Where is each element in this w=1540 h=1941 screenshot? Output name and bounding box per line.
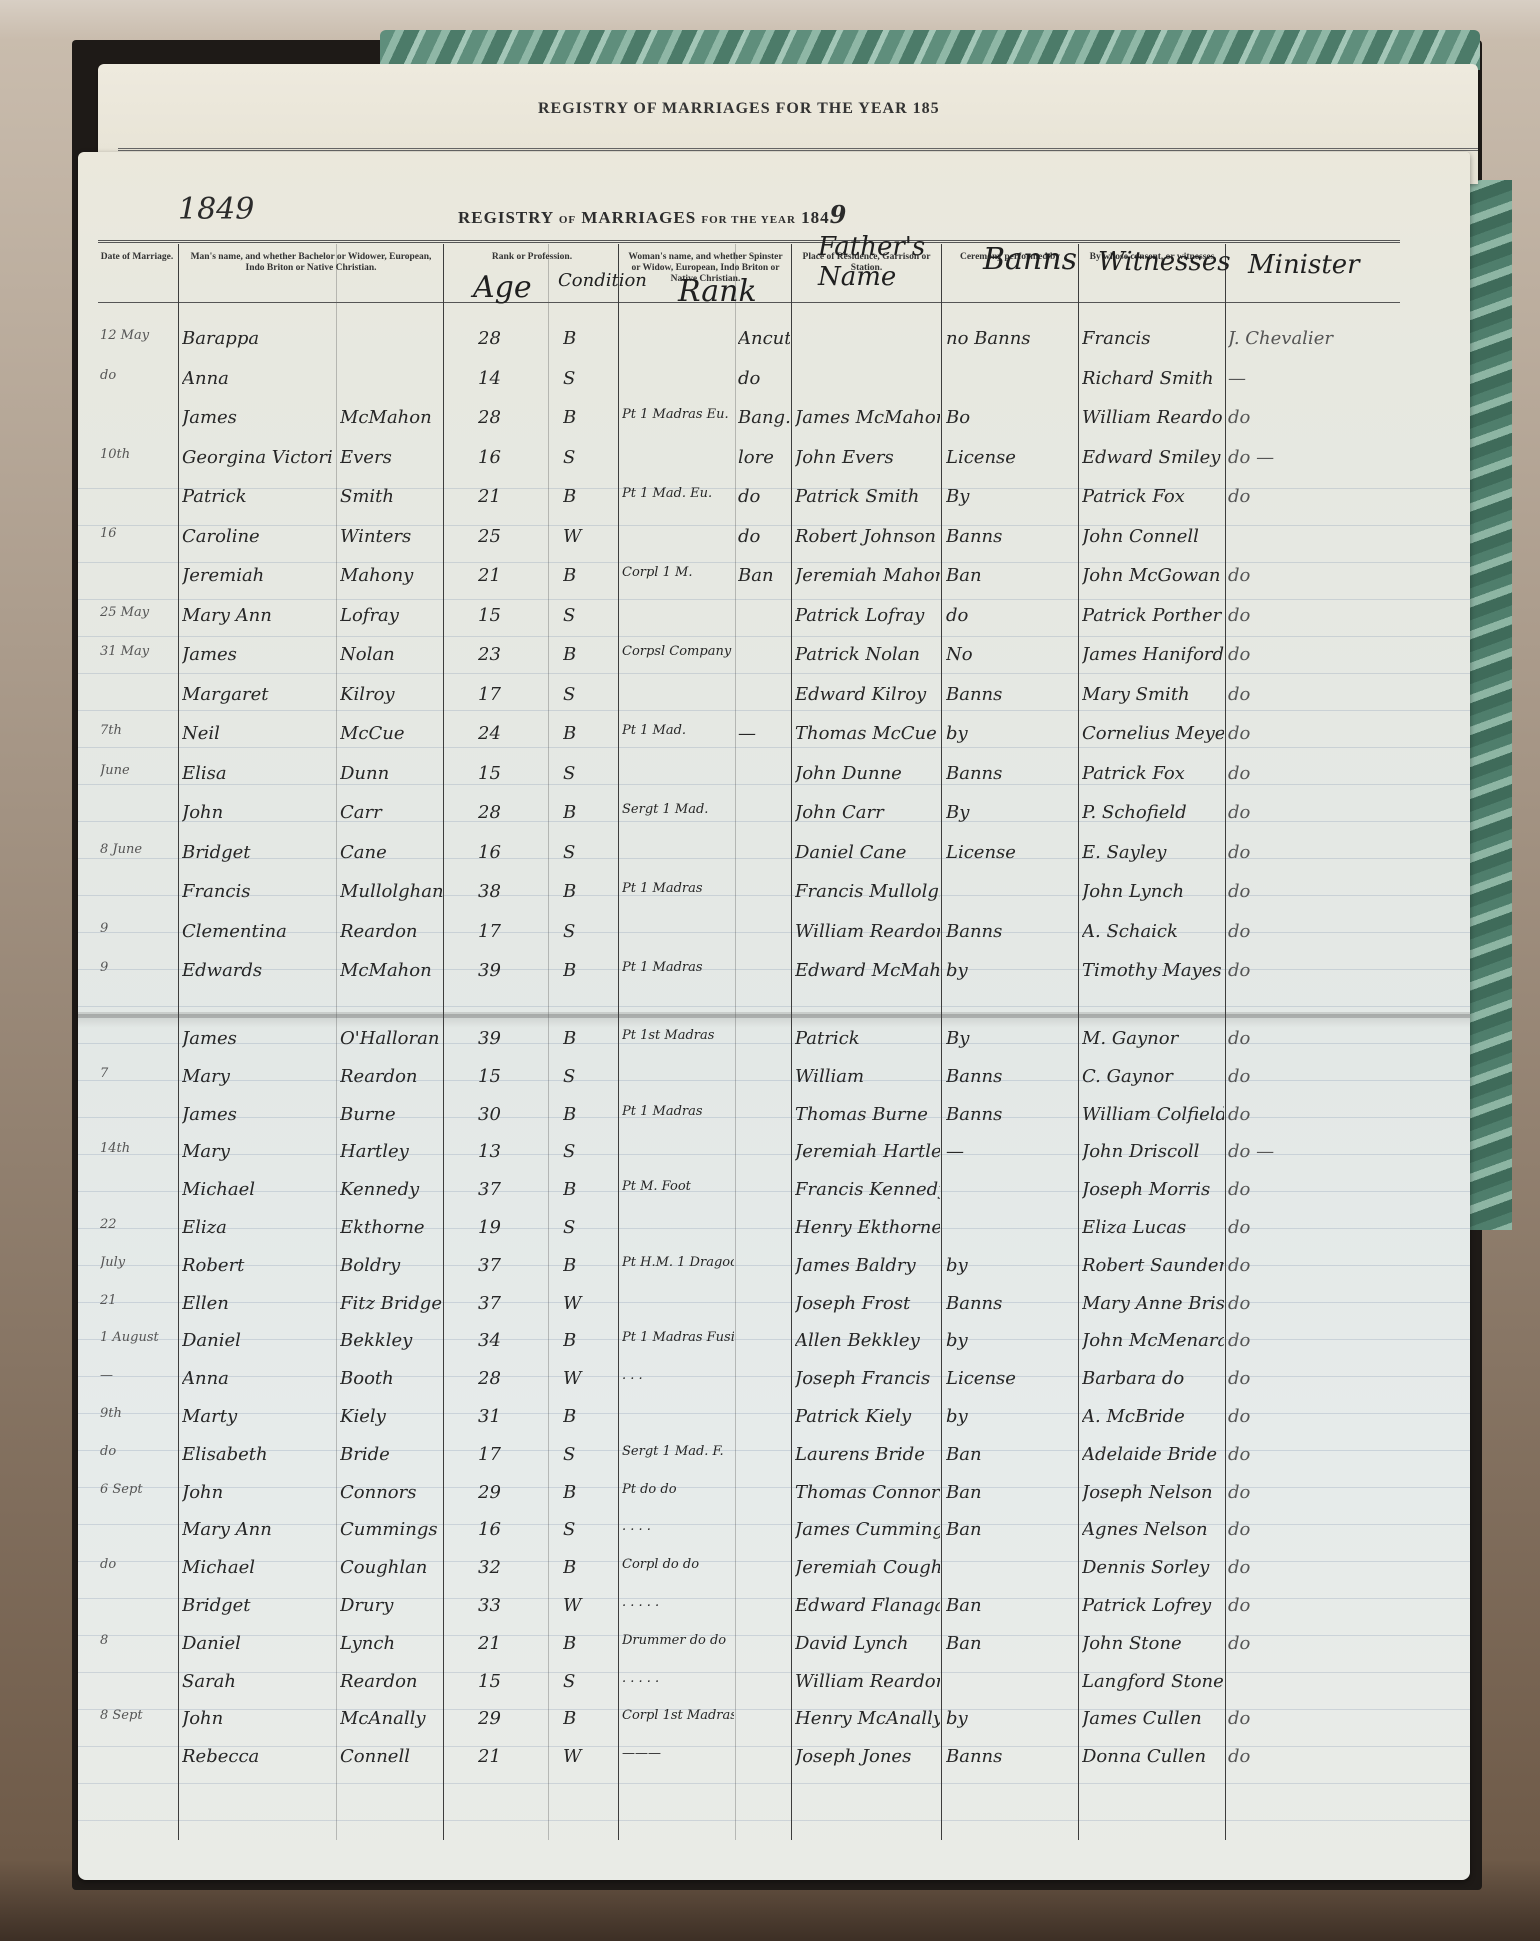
fathers-name: Jeremiah Mahony xyxy=(795,565,940,586)
fathers-name: Patrick Lofray xyxy=(795,605,940,626)
minister: do — xyxy=(1228,1141,1378,1162)
man-or-woman-first-name: Patrick xyxy=(182,486,332,507)
age: 39 xyxy=(478,1028,538,1049)
minister: do xyxy=(1228,644,1378,665)
table-row: JamesMcMahon28BPt 1 Madras Eu.Bang.James… xyxy=(78,401,1470,437)
witness: James Haniford xyxy=(1082,644,1224,665)
age: 32 xyxy=(478,1557,538,1578)
condition: B xyxy=(563,1633,613,1654)
age: 21 xyxy=(478,1746,538,1767)
condition: S xyxy=(563,684,613,705)
man-or-woman-first-name: Anna xyxy=(182,368,332,389)
witness: Langford Stone xyxy=(1082,1671,1224,1692)
table-row: JamesBurne30BPt 1 MadrasThomas BurneBann… xyxy=(78,1098,1470,1134)
surname: Connors xyxy=(340,1482,444,1503)
surname: Connell xyxy=(340,1746,444,1767)
fathers-name: John Evers xyxy=(795,447,940,468)
previous-page-title: REGISTRY OF MARRIAGES FOR THE YEAR 185 xyxy=(538,100,940,118)
banns-or-license: Banns xyxy=(946,1104,1076,1125)
condition: S xyxy=(563,368,613,389)
banns-or-license: no Banns xyxy=(946,328,1076,349)
man-or-woman-first-name: Francis xyxy=(182,881,332,902)
entry-date: do xyxy=(100,1557,178,1572)
surname: Lofray xyxy=(340,605,444,626)
witness: A. McBride xyxy=(1082,1406,1224,1427)
condition: S xyxy=(563,921,613,942)
condition: B xyxy=(563,1255,613,1276)
entry-date: 1 August xyxy=(100,1330,178,1345)
condition: S xyxy=(563,1066,613,1087)
entry-date: 21 xyxy=(100,1293,178,1308)
table-row: MichaelKennedy37BPt M. FootFrancis Kenne… xyxy=(78,1173,1470,1209)
fathers-name: William xyxy=(795,1066,940,1087)
fathers-name: Thomas McCue xyxy=(795,723,940,744)
minister: do xyxy=(1228,1444,1378,1465)
age: 29 xyxy=(478,1708,538,1729)
witness: Patrick Fox xyxy=(1082,486,1224,507)
minister: do xyxy=(1228,1217,1378,1238)
rank-profession: Corpl 1 M. xyxy=(622,565,734,580)
minister: do xyxy=(1228,1746,1378,1767)
table-row: JohnCarr28BSergt 1 Mad.John CarrByP. Sch… xyxy=(78,796,1470,832)
rank-continued: Ancuttee xyxy=(738,328,790,349)
man-or-woman-first-name: James xyxy=(182,1104,332,1125)
hand-header-banns: Banns xyxy=(983,242,1077,277)
condition: B xyxy=(563,723,613,744)
witness: Barbara do xyxy=(1082,1368,1224,1389)
rank-profession: Pt 1 Mad. Eu. xyxy=(622,486,734,501)
man-or-woman-first-name: Margaret xyxy=(182,684,332,705)
surname: Lynch xyxy=(340,1633,444,1654)
witness: Mary Smith xyxy=(1082,684,1224,705)
minister: do xyxy=(1228,802,1378,823)
man-or-woman-first-name: Jeremiah xyxy=(182,565,332,586)
fathers-name: Patrick xyxy=(795,1028,940,1049)
rank-profession: Pt 1 Madras Fusiliers xyxy=(622,1330,734,1345)
surname: Carr xyxy=(340,802,444,823)
man-or-woman-first-name: Rebecca xyxy=(182,1746,332,1767)
condition: S xyxy=(563,1519,613,1540)
fathers-name: Henry McAnally xyxy=(795,1708,940,1729)
entry-date: July xyxy=(100,1255,178,1270)
rank-profession: Pt 1 Madras xyxy=(622,1104,734,1119)
surname: McMahon xyxy=(340,960,444,981)
man-or-woman-first-name: James xyxy=(182,407,332,428)
man-or-woman-first-name: Neil xyxy=(182,723,332,744)
man-or-woman-first-name: Mary xyxy=(182,1141,332,1162)
rank-profession: Pt do do xyxy=(622,1482,734,1497)
fathers-name: Patrick Kiely xyxy=(795,1406,940,1427)
banns-or-license: License xyxy=(946,447,1076,468)
witness: Dennis Sorley xyxy=(1082,1557,1224,1578)
surname: Drury xyxy=(340,1595,444,1616)
rank-continued: Bang. xyxy=(738,407,790,428)
condition: B xyxy=(563,1179,613,1200)
fathers-name: Patrick Nolan xyxy=(795,644,940,665)
minister: do xyxy=(1228,921,1378,942)
rank-continued: do xyxy=(738,486,790,507)
condition: B xyxy=(563,960,613,981)
table-row: —AnnaBooth28W. . .Joseph FrancisLicenseB… xyxy=(78,1362,1470,1398)
table-row: 8DanielLynch21BDrummer do doDavid LynchB… xyxy=(78,1627,1470,1663)
age: 19 xyxy=(478,1217,538,1238)
entry-date: 25 May xyxy=(100,605,178,620)
entry-date: 10th xyxy=(100,447,178,462)
age: 15 xyxy=(478,1671,538,1692)
rank-profession: Pt 1 Madras Eu. xyxy=(622,407,734,422)
minister: do xyxy=(1228,1255,1378,1276)
condition: S xyxy=(563,1217,613,1238)
fathers-name: Joseph Jones xyxy=(795,1746,940,1767)
minister: do xyxy=(1228,684,1378,705)
rank-profession: . . . . . xyxy=(622,1671,734,1686)
rank-continued: do xyxy=(738,368,790,389)
age: 37 xyxy=(478,1293,538,1314)
age: 16 xyxy=(478,447,538,468)
surname: Reardon xyxy=(340,1671,444,1692)
fathers-name: William Reardon xyxy=(795,1671,940,1692)
rank-continued: do xyxy=(738,526,790,547)
condition: B xyxy=(563,1557,613,1578)
table-row: 22ElizaEkthorne19SHenry EkthorneEliza Lu… xyxy=(78,1211,1470,1247)
entry-date: 9 xyxy=(100,921,178,936)
witness: M. Gaynor xyxy=(1082,1028,1224,1049)
minister: do xyxy=(1228,407,1378,428)
minister: do xyxy=(1228,1368,1378,1389)
entry-date: 7 xyxy=(100,1066,178,1081)
witness: Timothy Mayes xyxy=(1082,960,1224,981)
minister: do xyxy=(1228,1633,1378,1654)
surname: Reardon xyxy=(340,1066,444,1087)
minister: do xyxy=(1228,960,1378,981)
age: 14 xyxy=(478,368,538,389)
banns-or-license: No xyxy=(946,644,1076,665)
table-row: MargaretKilroy17SEdward KilroyBannsMary … xyxy=(78,678,1470,714)
banns-or-license: — xyxy=(946,1141,1076,1162)
condition: B xyxy=(563,644,613,665)
age: 13 xyxy=(478,1141,538,1162)
surname: Kiely xyxy=(340,1406,444,1427)
witness: C. Gaynor xyxy=(1082,1066,1224,1087)
entry-date: 8 June xyxy=(100,842,178,857)
witness: Patrick Fox xyxy=(1082,763,1224,784)
entry-date: 8 xyxy=(100,1633,178,1648)
fathers-name: Joseph Frost xyxy=(795,1293,940,1314)
surname: Dunn xyxy=(340,763,444,784)
fathers-name: Jeremiah Coughlan xyxy=(795,1557,940,1578)
witness: William Reardon xyxy=(1082,407,1224,428)
fathers-name: John Dunne xyxy=(795,763,940,784)
condition: B xyxy=(563,328,613,349)
minister: do xyxy=(1228,1293,1378,1314)
rank-profession: Pt 1 Madras xyxy=(622,960,734,975)
condition: S xyxy=(563,1141,613,1162)
table-row: doAnna14SdoRichard Smith— xyxy=(78,362,1470,398)
fathers-name: Allen Bekkley xyxy=(795,1330,940,1351)
table-row: 9thMartyKiely31BPatrick KielybyA. McBrid… xyxy=(78,1400,1470,1436)
table-row: 6 SeptJohnConnors29BPt do doThomas Conno… xyxy=(78,1476,1470,1512)
banns-or-license: Banns xyxy=(946,1066,1076,1087)
witness: John Driscoll xyxy=(1082,1141,1224,1162)
condition: B xyxy=(563,1028,613,1049)
fathers-name: Edward McMahon xyxy=(795,960,940,981)
surname: McAnally xyxy=(340,1708,444,1729)
entry-date: do xyxy=(100,368,178,383)
condition: B xyxy=(563,565,613,586)
surname: Cummings xyxy=(340,1519,444,1540)
banns-or-license: Ban xyxy=(946,565,1076,586)
witness: William Colfield xyxy=(1082,1104,1224,1125)
surname: Coughlan xyxy=(340,1557,444,1578)
condition: B xyxy=(563,1330,613,1351)
table-row: 7MaryReardon15SWilliamBannsC. Gaynordo xyxy=(78,1060,1470,1096)
minister: do xyxy=(1228,1519,1378,1540)
age: 17 xyxy=(478,684,538,705)
surname: Kilroy xyxy=(340,684,444,705)
fathers-name: Henry Ekthorne xyxy=(795,1217,940,1238)
surname: Reardon xyxy=(340,921,444,942)
rank-profession: . . . . . xyxy=(622,1595,734,1610)
minister: do — xyxy=(1228,447,1378,468)
condition: W xyxy=(563,1293,613,1314)
rank-profession: Corpl 1st Madras xyxy=(622,1708,734,1723)
witness: Edward Smiley xyxy=(1082,447,1224,468)
banns-or-license: By xyxy=(946,802,1076,823)
surname: Bekkley xyxy=(340,1330,444,1351)
hand-header-fathers-name: Father's Name xyxy=(818,232,938,292)
table-row: JulyRobertBoldry37BPt H.M. 1 DragoonsJam… xyxy=(78,1249,1470,1285)
man-or-woman-first-name: Michael xyxy=(182,1557,332,1578)
surname: Booth xyxy=(340,1368,444,1389)
table-row: PatrickSmith21BPt 1 Mad. Eu.doPatrick Sm… xyxy=(78,480,1470,516)
man-or-woman-first-name: Edwards xyxy=(182,960,332,981)
minister: do xyxy=(1228,1708,1378,1729)
table-row: 8 JuneBridgetCane16SDaniel CaneLicenseE.… xyxy=(78,836,1470,872)
hand-header-condition: Condition xyxy=(558,270,647,291)
surname: Smith xyxy=(340,486,444,507)
age: 17 xyxy=(478,1444,538,1465)
rank-profession: Corpsl Company 2d Batn Artilly xyxy=(622,644,734,659)
man-or-woman-first-name: Ellen xyxy=(182,1293,332,1314)
hand-header-age: Age xyxy=(473,270,532,305)
man-or-woman-first-name: Daniel xyxy=(182,1633,332,1654)
banns-or-license: Ban xyxy=(946,1444,1076,1465)
entry-date: June xyxy=(100,763,178,778)
banns-or-license: Ban xyxy=(946,1519,1076,1540)
man-or-woman-first-name: Michael xyxy=(182,1179,332,1200)
man-or-woman-first-name: Sarah xyxy=(182,1671,332,1692)
witness: John Connell xyxy=(1082,526,1224,547)
entry-date: 31 May xyxy=(100,644,178,659)
table-row: RebeccaConnell21W———Joseph JonesBannsDon… xyxy=(78,1740,1470,1776)
man-or-woman-first-name: Eliza xyxy=(182,1217,332,1238)
banns-or-license: License xyxy=(946,1368,1076,1389)
minister: do xyxy=(1228,1557,1378,1578)
table-row: 9ClementinaReardon17SWilliam ReardonBann… xyxy=(78,915,1470,951)
rank-profession: . . . xyxy=(622,1368,734,1383)
age: 21 xyxy=(478,486,538,507)
age: 30 xyxy=(478,1104,538,1125)
condition: B xyxy=(563,881,613,902)
man-or-woman-first-name: Elisabeth xyxy=(182,1444,332,1465)
fathers-name: James Cummings xyxy=(795,1519,940,1540)
witness: Joseph Nelson xyxy=(1082,1482,1224,1503)
condition: B xyxy=(563,407,613,428)
minister: do xyxy=(1228,723,1378,744)
fathers-name: Edward Flanagan xyxy=(795,1595,940,1616)
age: 28 xyxy=(478,802,538,823)
condition: B xyxy=(563,1104,613,1125)
rank-profession: Pt M. Foot xyxy=(622,1179,734,1194)
fathers-name: Edward Kilroy xyxy=(795,684,940,705)
man-or-woman-first-name: James xyxy=(182,644,332,665)
minister: do xyxy=(1228,486,1378,507)
banns-or-license: Ban xyxy=(946,1633,1076,1654)
minister: do xyxy=(1228,1066,1378,1087)
surname: Winters xyxy=(340,526,444,547)
age: 34 xyxy=(478,1330,538,1351)
witness: Cornelius Meyers xyxy=(1082,723,1224,744)
condition: W xyxy=(563,1595,613,1616)
surname: Nolan xyxy=(340,644,444,665)
banns-or-license: Banns xyxy=(946,526,1076,547)
fathers-name: Patrick Smith xyxy=(795,486,940,507)
condition: S xyxy=(563,763,613,784)
banns-or-license: by xyxy=(946,723,1076,744)
fathers-name: Francis Kennedy xyxy=(795,1179,940,1200)
age: 31 xyxy=(478,1406,538,1427)
man-or-woman-first-name: Barappa xyxy=(182,328,332,349)
banns-or-license: by xyxy=(946,1708,1076,1729)
table-row: 9EdwardsMcMahon39BPt 1 MadrasEdward McMa… xyxy=(78,954,1470,990)
fathers-name: Joseph Francis xyxy=(795,1368,940,1389)
entry-date: 9th xyxy=(100,1406,178,1421)
hand-header-minister: Minister xyxy=(1248,250,1360,280)
rank-profession: ——— xyxy=(622,1746,734,1761)
surname: Bride xyxy=(340,1444,444,1465)
man-or-woman-first-name: Bridget xyxy=(182,842,332,863)
man-or-woman-first-name: Elisa xyxy=(182,763,332,784)
table-row: 31 MayJamesNolan23BCorpsl Company 2d Bat… xyxy=(78,638,1470,674)
fathers-name: Thomas Burne xyxy=(795,1104,940,1125)
man-or-woman-first-name: Clementina xyxy=(182,921,332,942)
surname: Ekthorne xyxy=(340,1217,444,1238)
witness: Robert Saunders xyxy=(1082,1255,1224,1276)
age: 28 xyxy=(478,407,538,428)
age: 39 xyxy=(478,960,538,981)
table-row: 14thMaryHartley13SJeremiah Hartley—John … xyxy=(78,1135,1470,1171)
rank-profession: . . . . xyxy=(622,1519,734,1534)
minister: do xyxy=(1228,1104,1378,1125)
header-date: Date of Marriage. xyxy=(98,252,176,263)
age: 25 xyxy=(478,526,538,547)
banns-or-license: By xyxy=(946,486,1076,507)
witness: E. Sayley xyxy=(1082,842,1224,863)
table-row: FrancisMullolghan38BPt 1 MadrasFrancis M… xyxy=(78,875,1470,911)
condition: S xyxy=(563,605,613,626)
rank-profession: Sergt 1 Mad. xyxy=(622,802,734,817)
man-or-woman-first-name: Marty xyxy=(182,1406,332,1427)
banns-or-license: by xyxy=(946,1255,1076,1276)
banns-or-license: Banns xyxy=(946,684,1076,705)
register-page: 1849 REGISTRY OF MARRIAGES FOR THE YEAR … xyxy=(78,152,1470,1880)
entry-date: 22 xyxy=(100,1217,178,1232)
entry-date: 8 Sept xyxy=(100,1708,178,1723)
minister: do xyxy=(1228,1482,1378,1503)
age: 37 xyxy=(478,1179,538,1200)
minister: do xyxy=(1228,1595,1378,1616)
condition: W xyxy=(563,1368,613,1389)
entry-date: — xyxy=(100,1368,178,1383)
man-or-woman-first-name: Anna xyxy=(182,1368,332,1389)
banns-or-license: License xyxy=(946,842,1076,863)
minister: do xyxy=(1228,1406,1378,1427)
minister: do xyxy=(1228,842,1378,863)
table-row: 25 MayMary AnnLofray15SPatrick LofraydoP… xyxy=(78,599,1470,635)
minister: do xyxy=(1228,763,1378,784)
age: 33 xyxy=(478,1595,538,1616)
banns-or-license: Ban xyxy=(946,1482,1076,1503)
table-row: JeremiahMahony21BCorpl 1 M.BanJeremiah M… xyxy=(78,559,1470,595)
man-or-woman-first-name: Bridget xyxy=(182,1595,332,1616)
man-or-woman-first-name: John xyxy=(182,1482,332,1503)
table-row: 12 MayBarappa28BAncutteeno BannsFrancisJ… xyxy=(78,322,1470,358)
fathers-name: Laurens Bride xyxy=(795,1444,940,1465)
table-row: doMichaelCoughlan32BCorpl do doJeremiah … xyxy=(78,1551,1470,1587)
fathers-name: Robert Johnson xyxy=(795,526,940,547)
entry-date: 6 Sept xyxy=(100,1482,178,1497)
condition: B xyxy=(563,486,613,507)
condition: B xyxy=(563,1708,613,1729)
age: 28 xyxy=(478,328,538,349)
minister: do xyxy=(1228,1330,1378,1351)
condition: S xyxy=(563,447,613,468)
rank-continued: lore xyxy=(738,447,790,468)
rank-continued: Ban xyxy=(738,565,790,586)
surname: O'Halloran xyxy=(340,1028,444,1049)
man-or-woman-first-name: Daniel xyxy=(182,1330,332,1351)
rank-continued: — xyxy=(738,723,790,744)
fathers-name: Francis Mullolghan xyxy=(795,881,940,902)
page-fold xyxy=(78,1014,1470,1018)
surname: Burne xyxy=(340,1104,444,1125)
witness: A. Schaick xyxy=(1082,921,1224,942)
banns-or-license: by xyxy=(946,1330,1076,1351)
page-title: REGISTRY OF MARRIAGES FOR THE YEAR 1849 xyxy=(458,200,847,229)
witness: Mary Anne Brisbane xyxy=(1082,1293,1224,1314)
fathers-name: David Lynch xyxy=(795,1633,940,1654)
rank-profession: Corpl do do xyxy=(622,1557,734,1572)
fathers-name: Jeremiah Hartley xyxy=(795,1141,940,1162)
header-rank: Rank or Profession. xyxy=(448,252,616,263)
minister: do xyxy=(1228,881,1378,902)
age: 15 xyxy=(478,1066,538,1087)
age: 21 xyxy=(478,565,538,586)
banns-or-license: Banns xyxy=(946,763,1076,784)
witness: John McGowan xyxy=(1082,565,1224,586)
entry-date: 7th xyxy=(100,723,178,738)
entry-date: 14th xyxy=(100,1141,178,1156)
condition: S xyxy=(563,1671,613,1692)
fathers-name: William Reardon xyxy=(795,921,940,942)
age: 17 xyxy=(478,921,538,942)
fathers-name: Daniel Cane xyxy=(795,842,940,863)
surname: Mahony xyxy=(340,565,444,586)
rank-profession: Pt H.M. 1 Dragoons xyxy=(622,1255,734,1270)
surname: McCue xyxy=(340,723,444,744)
condition: W xyxy=(563,1746,613,1767)
surname: Evers xyxy=(340,447,444,468)
